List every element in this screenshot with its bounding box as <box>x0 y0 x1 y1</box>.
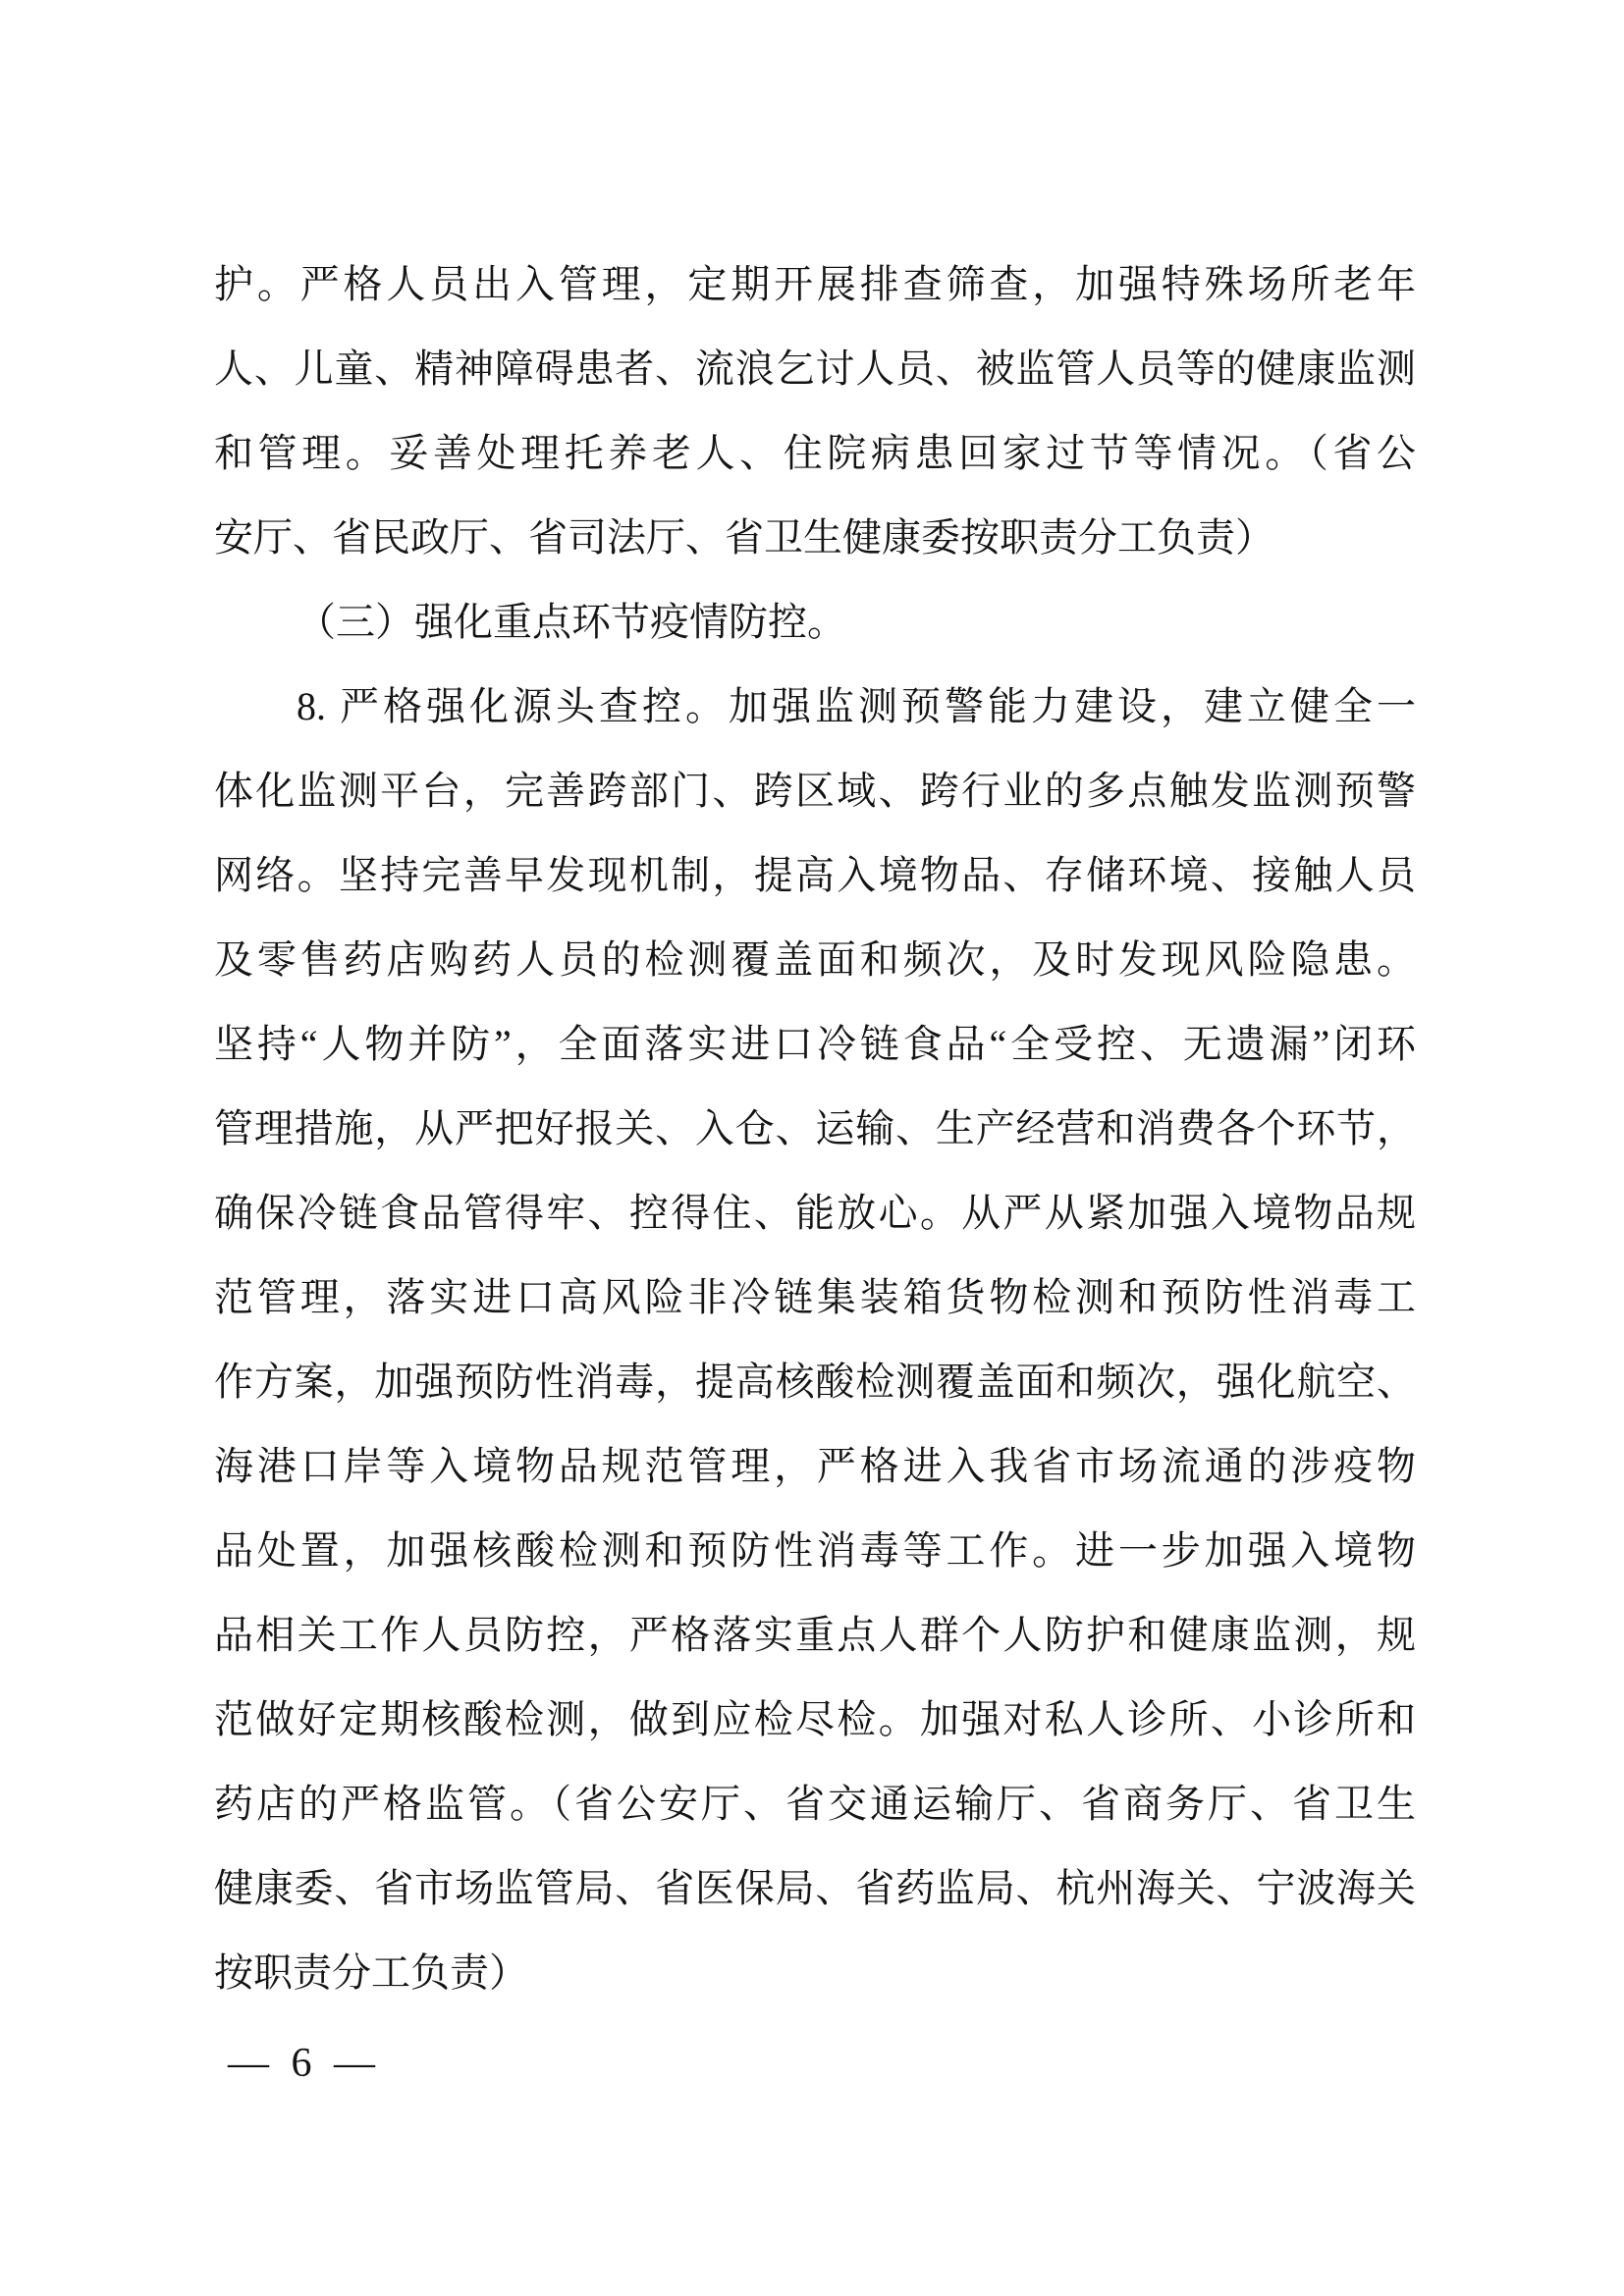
section-heading: （三）强化重点环节疫情防控。 <box>214 580 1416 665</box>
text-line: 品相关工作人员防控，严格落实重点人群个人防护和健康监测，规 <box>214 1593 1416 1678</box>
text-line: 范管理，落实进口高风险非冷链集装箱货物检测和预防性消毒工 <box>214 1255 1416 1340</box>
document-body: 护。严格人员出入管理，定期开展排查筛查，加强特殊场所老年 人、儿童、精神障碍患者… <box>214 242 1416 2015</box>
document-page: 护。严格人员出入管理，定期开展排查筛查，加强特殊场所老年 人、儿童、精神障碍患者… <box>0 0 1624 2296</box>
text-line: 和管理。妥善处理托养老人、住院病患回家过节等情况。（省公 <box>214 411 1416 496</box>
text-line: 管理措施，从严把好报关、入仓、运输、生产经营和消费各个环节， <box>214 1087 1416 1171</box>
text-line: 按职责分工负责） <box>214 1931 1416 2015</box>
text-line: 人、儿童、精神障碍患者、流浪乞讨人员、被监管人员等的健康监测 <box>214 327 1416 411</box>
text-line: 范做好定期核酸检测，做到应检尽检。加强对私人诊所、小诊所和 <box>214 1678 1416 1762</box>
text-line: 护。严格人员出入管理，定期开展排查筛查，加强特殊场所老年 <box>214 242 1416 327</box>
text-line: 网络。坚持完善早发现机制，提高入境物品、存储环境、接触人员 <box>214 833 1416 918</box>
text-line: 健康委、省市场监管局、省医保局、省药监局、杭州海关、宁波海关 <box>214 1846 1416 1931</box>
text-line: 确保冷链食品管得牢、控得住、能放心。从严从紧加强入境物品规 <box>214 1171 1416 1255</box>
page-number: — 6 — <box>228 2040 381 2087</box>
text-line: 坚持“人物并防”，全面落实进口冷链食品“全受控、无遗漏”闭环 <box>214 1002 1416 1087</box>
text-line: 作方案，加强预防性消毒，提高核酸检测覆盖面和频次，强化航空、 <box>214 1340 1416 1424</box>
text-line: 药店的严格监管。（省公安厅、省交通运输厅、省商务厅、省卫生 <box>214 1762 1416 1846</box>
text-line: 安厅、省民政厅、省司法厅、省卫生健康委按职责分工负责） <box>214 496 1416 580</box>
text-line: 及零售药店购药人员的检测覆盖面和频次，及时发现风险隐患。 <box>214 918 1416 1002</box>
text-line: 海港口岸等入境物品规范管理，严格进入我省市场流通的涉疫物 <box>214 1424 1416 1509</box>
text-line: 品处置，加强核酸检测和预防性消毒等工作。进一步加强入境物 <box>214 1509 1416 1593</box>
text-line: 体化监测平台，完善跨部门、跨区域、跨行业的多点触发监测预警 <box>214 749 1416 833</box>
paragraph-first-line: 8. 严格强化源头查控。加强监测预警能力建设，建立健全一 <box>214 665 1416 749</box>
